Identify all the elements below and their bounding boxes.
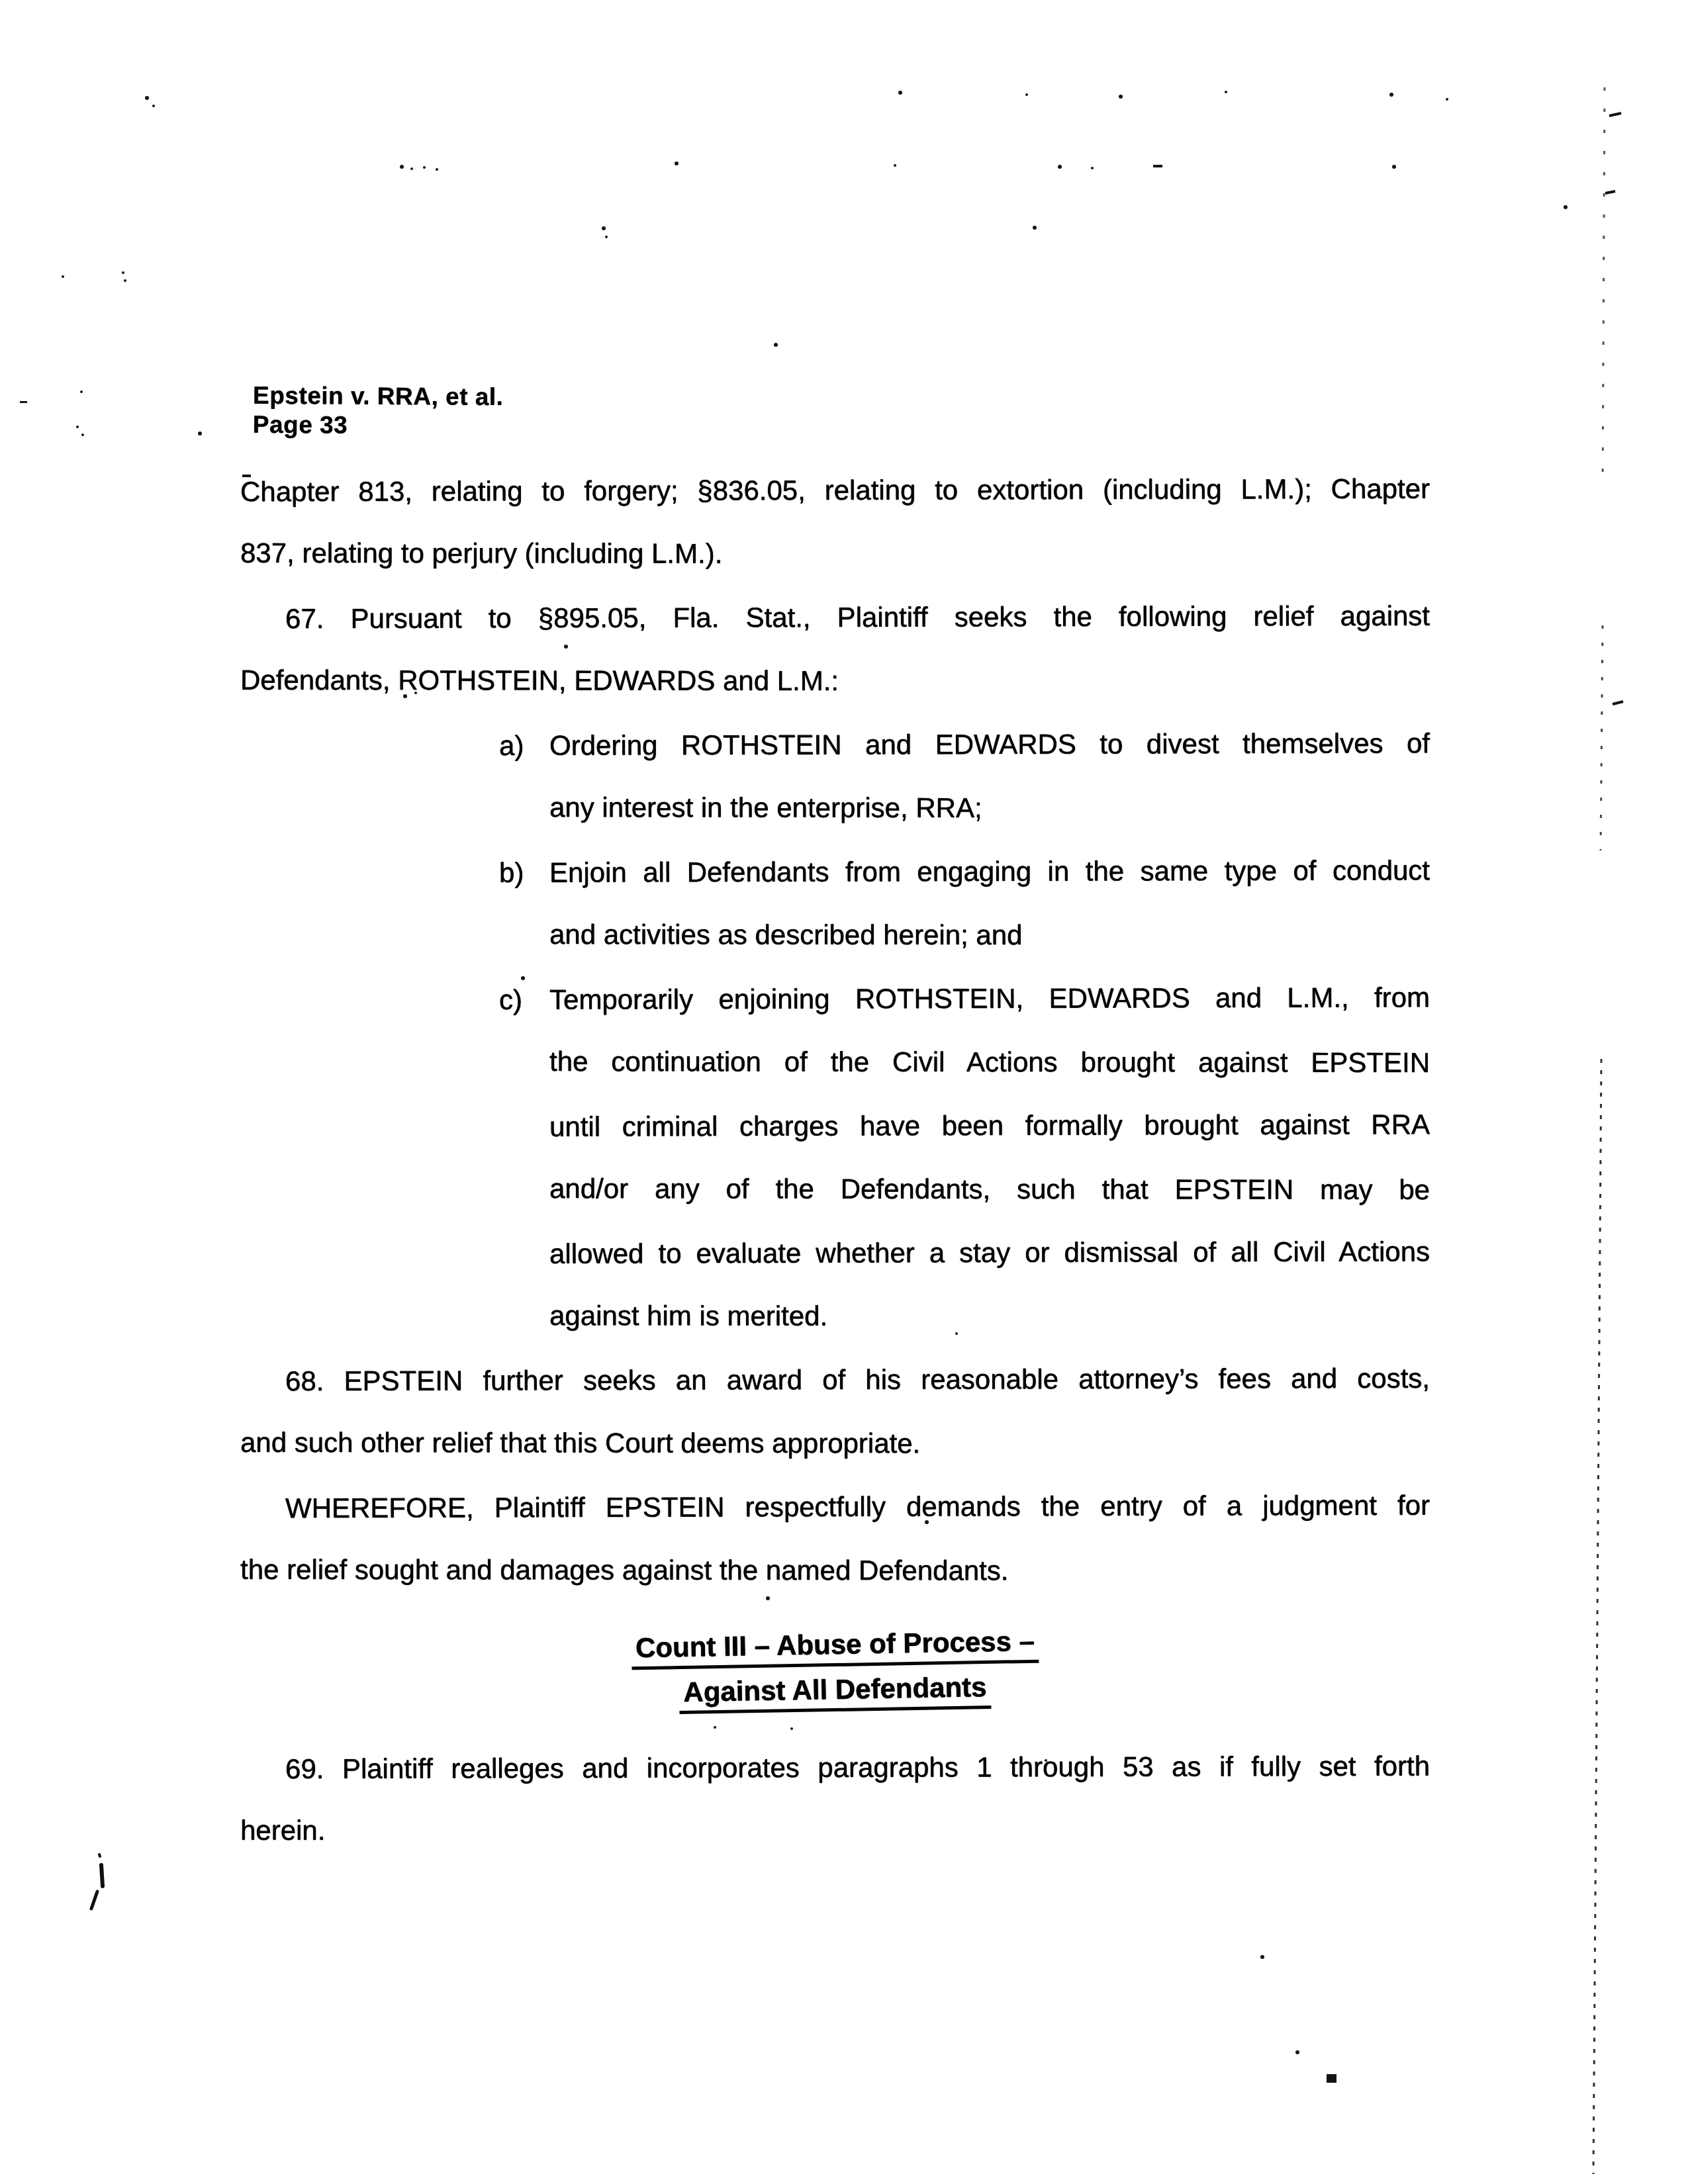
scan-artifacts — [0, 0, 1688, 2184]
document-page: Epstein v. RRA, et al. Page 33 Chapter 8… — [0, 0, 1688, 2184]
